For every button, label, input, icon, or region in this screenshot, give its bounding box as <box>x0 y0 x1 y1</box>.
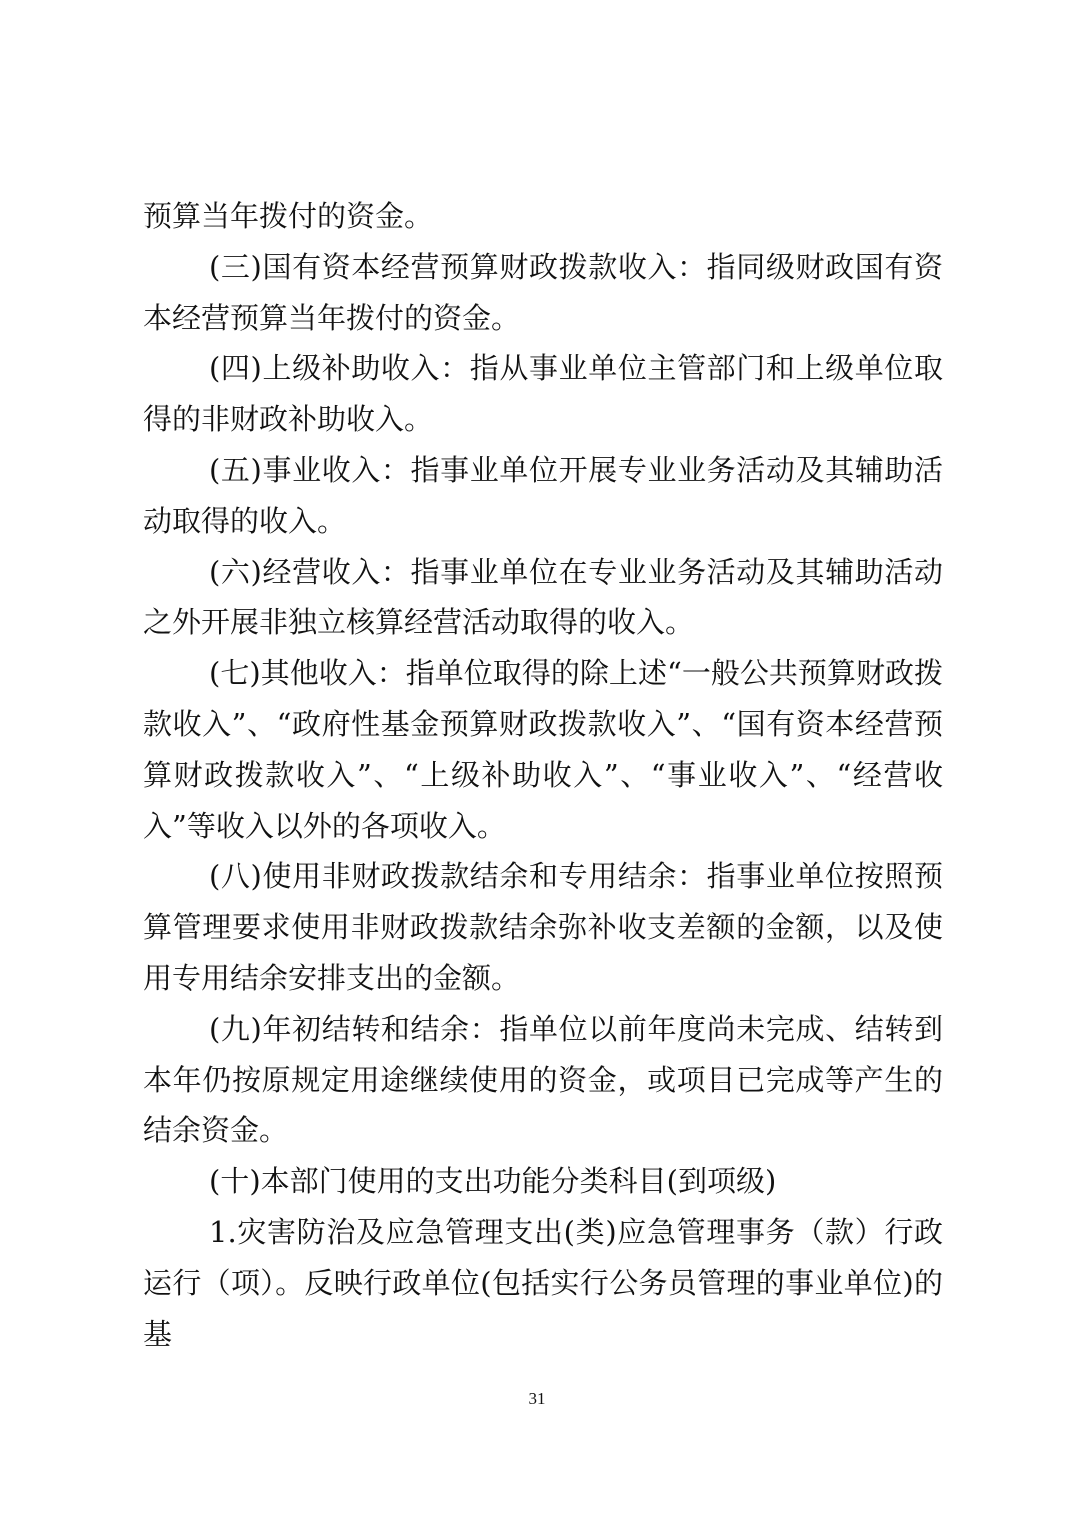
paragraph-carryover-balance: (九)年初结转和结余：指单位以前年度尚未完成、结转到本年仍按原规定用途继续使用的… <box>143 1004 943 1156</box>
paragraph-non-fiscal-balance-use: (八)使用非财政拨款结余和专用结余：指事业单位按照预算管理要求使用非财政拨款结余… <box>143 851 943 1003</box>
paragraph-business-income: (五)事业收入：指事业单位开展专业业务活动及其辅助活动取得的收入。 <box>143 445 943 547</box>
paragraph-disaster-prevention-item: 1.灾害防治及应急管理支出(类)应急管理事务（款）行政运行（项）。反映行政单位(… <box>143 1207 943 1359</box>
document-body: 预算当年拨付的资金。 (三)国有资本经营预算财政拨款收入：指同级财政国有资本经营… <box>143 191 943 1359</box>
paragraph-other-income: (七)其他收入：指单位取得的除上述“一般公共预算财政拨款收入”、“政府性基金预算… <box>143 648 943 851</box>
paragraph-expenditure-classification-heading: (十)本部门使用的支出功能分类科目(到项级) <box>143 1156 943 1207</box>
page-number: 31 <box>0 1389 1074 1409</box>
paragraph-operating-income: (六)经营收入：指事业单位在专业业务活动及其辅助活动之外开展非独立核算经营活动取… <box>143 547 943 649</box>
paragraph-superior-subsidy-income: (四)上级补助收入：指从事业单位主管部门和上级单位取得的非财政补助收入。 <box>143 343 943 445</box>
paragraph-state-capital-income: (三)国有资本经营预算财政拨款收入：指同级财政国有资本经营预算当年拨付的资金。 <box>143 242 943 344</box>
paragraph-continuation: 预算当年拨付的资金。 <box>143 191 943 242</box>
